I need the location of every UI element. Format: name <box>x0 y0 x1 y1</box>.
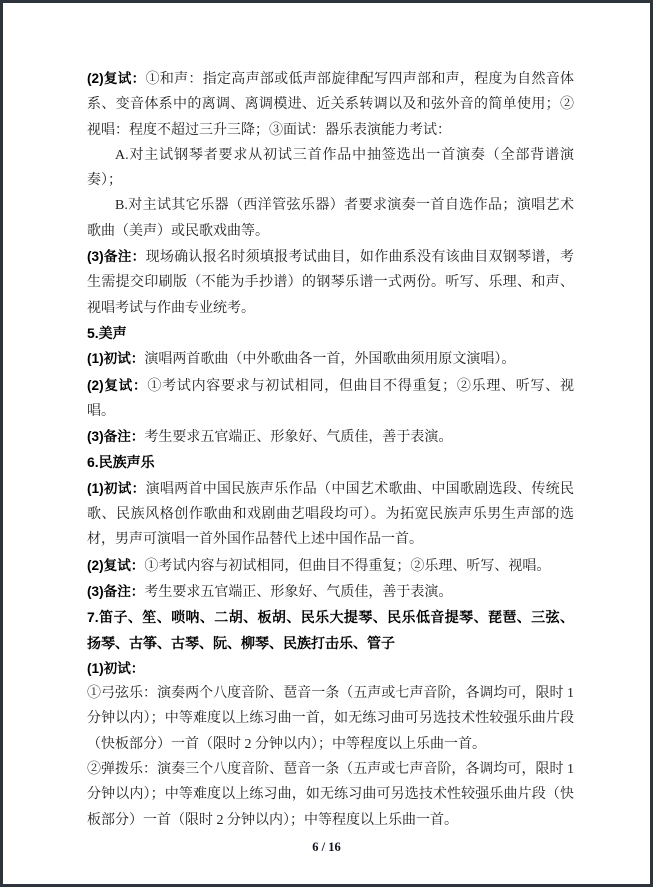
document-content: (2)复试：①和声：指定高声部或低声部旋律配写四声部和声，程度为自然音体系、变音… <box>87 66 574 833</box>
para-bowed-strings: ①弓弦乐：演奏两个八度音阶、琶音一条（五声或七声音阶，各调均可，限时 1 分钟以… <box>87 681 574 757</box>
para-text: 演唱两首歌曲（中外歌曲各一首，外国歌曲须用原文演唱）。 <box>144 352 515 367</box>
list-item-b: B.对主试其它乐器（西洋管弦乐器）者要求演奏一首自选作品；演唱艺术歌曲（美声）或… <box>87 193 574 244</box>
para-note-intro: (3)备注：现场确认报名时须填报考试曲目，如作曲系没有该曲目双钢琴谱，考生需提交… <box>87 244 574 321</box>
para-retest-folk-vocal: (2)复试：①考试内容与初试相同，但曲目不得重复；②乐理、听写、视唱。 <box>87 553 574 579</box>
para-label: (3)备注： <box>87 249 146 264</box>
subheading-initial-test: (1)初试： <box>87 656 574 681</box>
para-note-bel-canto: (3)备注：考生要求五官端正、形象好、气质佳，善于表演。 <box>87 424 574 450</box>
para-label: (3)备注： <box>87 584 144 599</box>
para-text: 考生要求五官端正、形象好、气质佳，善于表演。 <box>144 430 452 445</box>
para-text: 考生要求五官端正、形象好、气质佳，善于表演。 <box>144 585 452 600</box>
para-label: (3)备注： <box>87 429 144 444</box>
para-text: ①考试内容要求与初试相同，但曲目不得重复；②乐理、听写、视唱。 <box>87 379 574 419</box>
para-plucked-strings: ②弹拨乐：演奏三个八度音阶、琶音一条（五声或七声音阶，各调均可，限时 1 分钟以… <box>87 757 574 833</box>
para-initial-bel-canto: (1)初试：演唱两首歌曲（中外歌曲各一首，外国歌曲须用原文演唱）。 <box>87 346 574 372</box>
document-page: { "theme": { "border_color": "#2e343c", … <box>0 0 653 887</box>
para-label: (1)初试： <box>87 351 144 366</box>
para-label: (2)复试： <box>87 558 144 573</box>
para-note-folk-vocal: (3)备注：考生要求五官端正、形象好、气质佳，善于表演。 <box>87 579 574 605</box>
para-retest-bel-canto: (2)复试：①考试内容要求与初试相同，但曲目不得重复；②乐理、听写、视唱。 <box>87 373 574 425</box>
para-label: (1)初试： <box>87 481 146 496</box>
section-heading-bel-canto: 5.美声 <box>87 321 574 346</box>
para-text: 演唱两首中国民族声乐作品（中国艺术歌曲、中国歌剧选段、传统民歌、民族风格创作歌曲… <box>87 482 574 548</box>
para-text: ①和声：指定高声部或低声部旋律配写四声部和声，程度为自然音体系、变音体系中的离调… <box>87 72 574 138</box>
section-heading-folk-vocal: 6.民族声乐 <box>87 450 574 475</box>
para-label: (2)复试： <box>87 71 146 86</box>
para-retest-intro: (2)复试：①和声：指定高声部或低声部旋律配写四声部和声，程度为自然音体系、变音… <box>87 66 574 143</box>
para-text: ①考试内容与初试相同，但曲目不得重复；②乐理、听写、视唱。 <box>144 559 550 574</box>
page-number: 6 / 16 <box>3 840 650 855</box>
list-item-a: A.对主试钢琴者要求从初试三首作品中抽签选出一首演奏（全部背谱演奏）； <box>87 143 574 194</box>
section-heading-folk-instruments: 7.笛子、笙、唢呐、二胡、板胡、民乐大提琴、民乐低音提琴、琵琶、三弦、扬琴、古筝… <box>87 605 574 656</box>
para-initial-folk-vocal: (1)初试：演唱两首中国民族声乐作品（中国艺术歌曲、中国歌剧选段、传统民歌、民族… <box>87 476 574 553</box>
para-label: (2)复试： <box>87 378 147 393</box>
para-text: 现场确认报名时须填报考试曲目，如作曲系没有该曲目双钢琴谱，考生需提交印刷版（不能… <box>87 250 574 316</box>
